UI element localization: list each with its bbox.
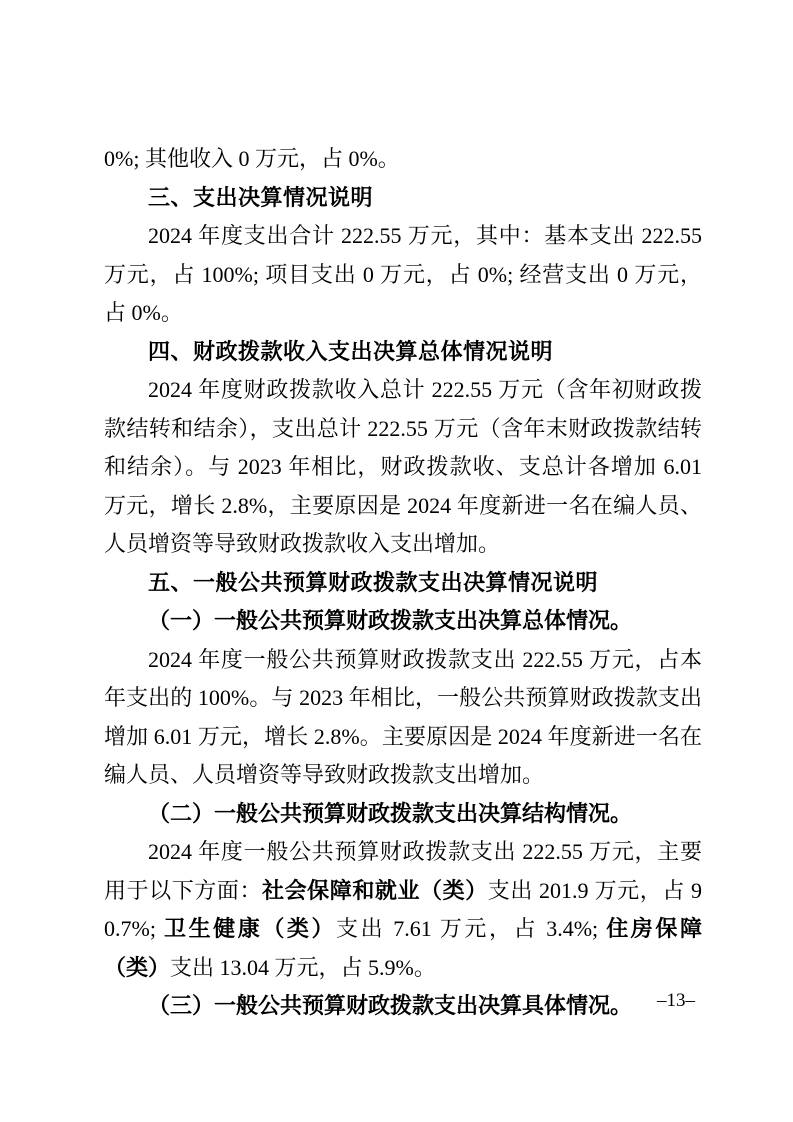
document-page: 0%; 其他收入 0 万元，占 0%。 三、支出决算情况说明 2024 年度支出… [0, 0, 793, 1122]
paragraph-fiscal-appropriation-overview: 2024 年度财政拨款收入总计 222.55 万元（含年初财政拨款结转和结余），… [104, 371, 702, 564]
heading-subsection-2-structure: （二）一般公共预算财政拨款支出决算结构情况。 [104, 795, 702, 834]
heading-section-3-expenditure: 三、支出决算情况说明 [104, 179, 702, 218]
page-number: –13– [657, 990, 695, 1012]
heading-subsection-1-overall: （一）一般公共预算财政拨款支出决算总体情况。 [104, 602, 702, 641]
heading-section-4-fiscal-appropriation: 四、财政拨款收入支出决算总体情况说明 [104, 333, 702, 372]
heading-subsection-3-specific: （三）一般公共预算财政拨款支出决算具体情况。 [104, 987, 702, 1026]
text-run-social-security-category: 社会保障和就业（类） [262, 878, 488, 903]
paragraph-expenditure-total: 2024 年度支出合计 222.55 万元，其中：基本支出 222.55 万元，… [104, 217, 702, 333]
paragraph-structure-breakdown: 2024 年度一般公共预算财政拨款支出 222.55 万元，主要用于以下方面：社… [104, 833, 702, 987]
document-body: 0%; 其他收入 0 万元，占 0%。 三、支出决算情况说明 2024 年度支出… [104, 140, 702, 1026]
text-run-housing-amount: 支出 13.04 万元，占 5.9%。 [170, 955, 436, 980]
paragraph-general-budget-overall: 2024 年度一般公共预算财政拨款支出 222.55 万元，占本年支出的 100… [104, 641, 702, 795]
text-run-health-amount: 支出 7.61 万元，占 3.4%; [336, 916, 606, 941]
heading-section-5-general-public-budget: 五、一般公共预算财政拨款支出决算情况说明 [104, 564, 702, 603]
text-run-health-category: 卫生健康（类） [164, 916, 336, 941]
paragraph-other-income-continuation: 0%; 其他收入 0 万元，占 0%。 [104, 140, 702, 179]
